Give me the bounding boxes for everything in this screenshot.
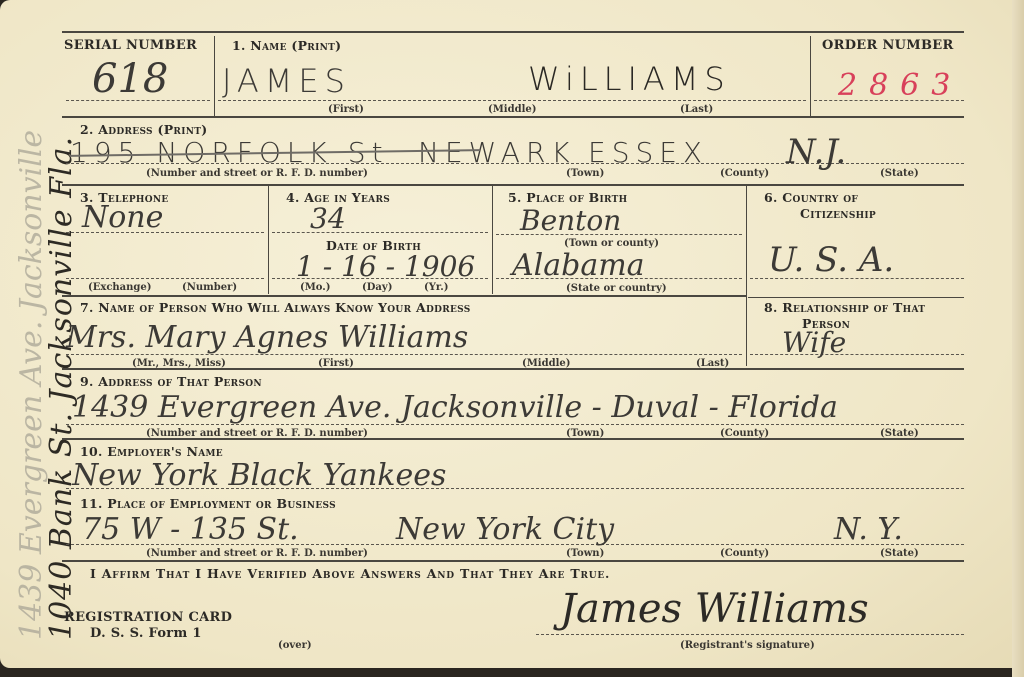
age-line bbox=[272, 232, 488, 233]
caption-day: (Day) bbox=[362, 282, 392, 293]
employer-value: New York Black Yankees bbox=[72, 458, 446, 493]
citizenship-label-1: 6. Country of bbox=[764, 190, 858, 205]
caption-ca-county: (County) bbox=[720, 428, 769, 439]
margin-note-dark: 1040 Bank St. Jacksonville Fla. bbox=[44, 136, 79, 640]
name-first: JAMES bbox=[222, 62, 351, 100]
name-label: 1. Name (Print) bbox=[232, 38, 341, 53]
employment-street: 75 W - 135 St. bbox=[82, 512, 299, 547]
caption-ca-street: (Number and street or R. F. D. number) bbox=[146, 428, 368, 439]
order-label: ORDER NUMBER bbox=[822, 38, 954, 53]
tel-line-2 bbox=[66, 278, 264, 279]
over-note: (over) bbox=[278, 640, 312, 651]
address-state: N.J. bbox=[786, 132, 846, 172]
caption-contact-middle: (Middle) bbox=[522, 358, 570, 369]
row3-bottom-right bbox=[748, 297, 964, 298]
caption-county: (County) bbox=[720, 168, 769, 179]
signature-line bbox=[536, 634, 964, 635]
card-edge bbox=[1012, 0, 1024, 677]
employment-state: N. Y. bbox=[834, 512, 903, 547]
order-value: 2863 bbox=[838, 68, 962, 103]
relationship-value: Wife bbox=[782, 326, 846, 359]
top-border bbox=[62, 31, 964, 33]
divider-birth bbox=[746, 186, 747, 366]
divider-order bbox=[810, 36, 811, 116]
citizenship-value: U. S. A. bbox=[768, 240, 894, 280]
affirmation-text: I Affirm That I Have Verified Above Answ… bbox=[90, 566, 610, 581]
caption-last: (Last) bbox=[680, 104, 713, 115]
serial-value: 618 bbox=[92, 56, 168, 102]
row2-bottom bbox=[62, 184, 964, 186]
caption-contact-first: (First) bbox=[318, 358, 354, 369]
caption-exchange: (Exchange) bbox=[88, 282, 152, 293]
caption-ca-town: (Town) bbox=[566, 428, 604, 439]
caption-yr: (Yr.) bbox=[424, 282, 448, 293]
divider-age bbox=[492, 186, 493, 294]
caption-ep-street: (Number and street or R. F. D. number) bbox=[146, 548, 368, 559]
employment-label: 11. Place of Employment or Business bbox=[80, 496, 336, 511]
dob-value: 1 - 16 - 1906 bbox=[296, 250, 475, 283]
caption-state: (State) bbox=[880, 168, 919, 179]
address-label: 2. Address (Print) bbox=[80, 122, 207, 137]
row3-bottom bbox=[62, 295, 746, 297]
caption-ep-state: (State) bbox=[880, 548, 919, 559]
caption-contact-last: (Last) bbox=[696, 358, 729, 369]
form-title: REGISTRATION CARD bbox=[64, 610, 232, 625]
serial-label: SERIAL NUMBER bbox=[64, 38, 197, 53]
telephone-value: None bbox=[82, 200, 163, 235]
contact-value: Mrs. Mary Agnes Williams bbox=[66, 320, 468, 355]
birthplace-state: Alabama bbox=[512, 248, 645, 283]
caption-ep-county: (County) bbox=[720, 548, 769, 559]
birthplace-label: 5. Place of Birth bbox=[508, 190, 627, 205]
caption-mo: (Mo.) bbox=[300, 282, 331, 293]
signature-value: James Williams bbox=[560, 586, 869, 632]
contact-label: 7. Name of Person Who Will Always Know Y… bbox=[80, 300, 471, 315]
caption-street: (Number and street or R. F. D. number) bbox=[146, 168, 368, 179]
caption-title: (Mr., Mrs., Miss) bbox=[132, 358, 226, 369]
divider-tel bbox=[268, 186, 269, 294]
signature-caption: (Registrant's signature) bbox=[680, 640, 815, 651]
contact-address-label: 9. Address of That Person bbox=[80, 374, 262, 389]
citizenship-label-2: Citizenship bbox=[800, 206, 876, 221]
registration-card: 1439 Evergreen Ave. Jacksonville 1040 Ba… bbox=[0, 0, 1018, 668]
caption-first: (First) bbox=[328, 104, 364, 115]
address-town: NEWARK bbox=[418, 136, 576, 169]
row7-bottom bbox=[62, 560, 964, 562]
employment-town: New York City bbox=[396, 512, 614, 547]
caption-ca-state: (State) bbox=[880, 428, 919, 439]
caption-number: (Number) bbox=[182, 282, 237, 293]
name-line bbox=[218, 100, 806, 101]
row1-bottom bbox=[62, 116, 964, 118]
relationship-label-1: 8. Relationship of That bbox=[764, 300, 925, 315]
divider-serial bbox=[214, 36, 215, 116]
caption-ep-town: (Town) bbox=[566, 548, 604, 559]
employer-label: 10. Employer's Name bbox=[80, 444, 223, 459]
name-last: WiLLIAMS bbox=[528, 60, 731, 98]
birthplace-town: Benton bbox=[520, 204, 621, 237]
caption-middle: (Middle) bbox=[488, 104, 536, 115]
contact-address-value: 1439 Evergreen Ave. Jacksonville - Duval… bbox=[72, 390, 838, 425]
caption-town: (Town) bbox=[566, 168, 604, 179]
age-value: 34 bbox=[310, 202, 346, 235]
form-id: D. S. S. Form 1 bbox=[90, 626, 202, 641]
caption-state-country: (State or country) bbox=[566, 283, 667, 294]
address-county: ESSEX bbox=[588, 136, 708, 169]
